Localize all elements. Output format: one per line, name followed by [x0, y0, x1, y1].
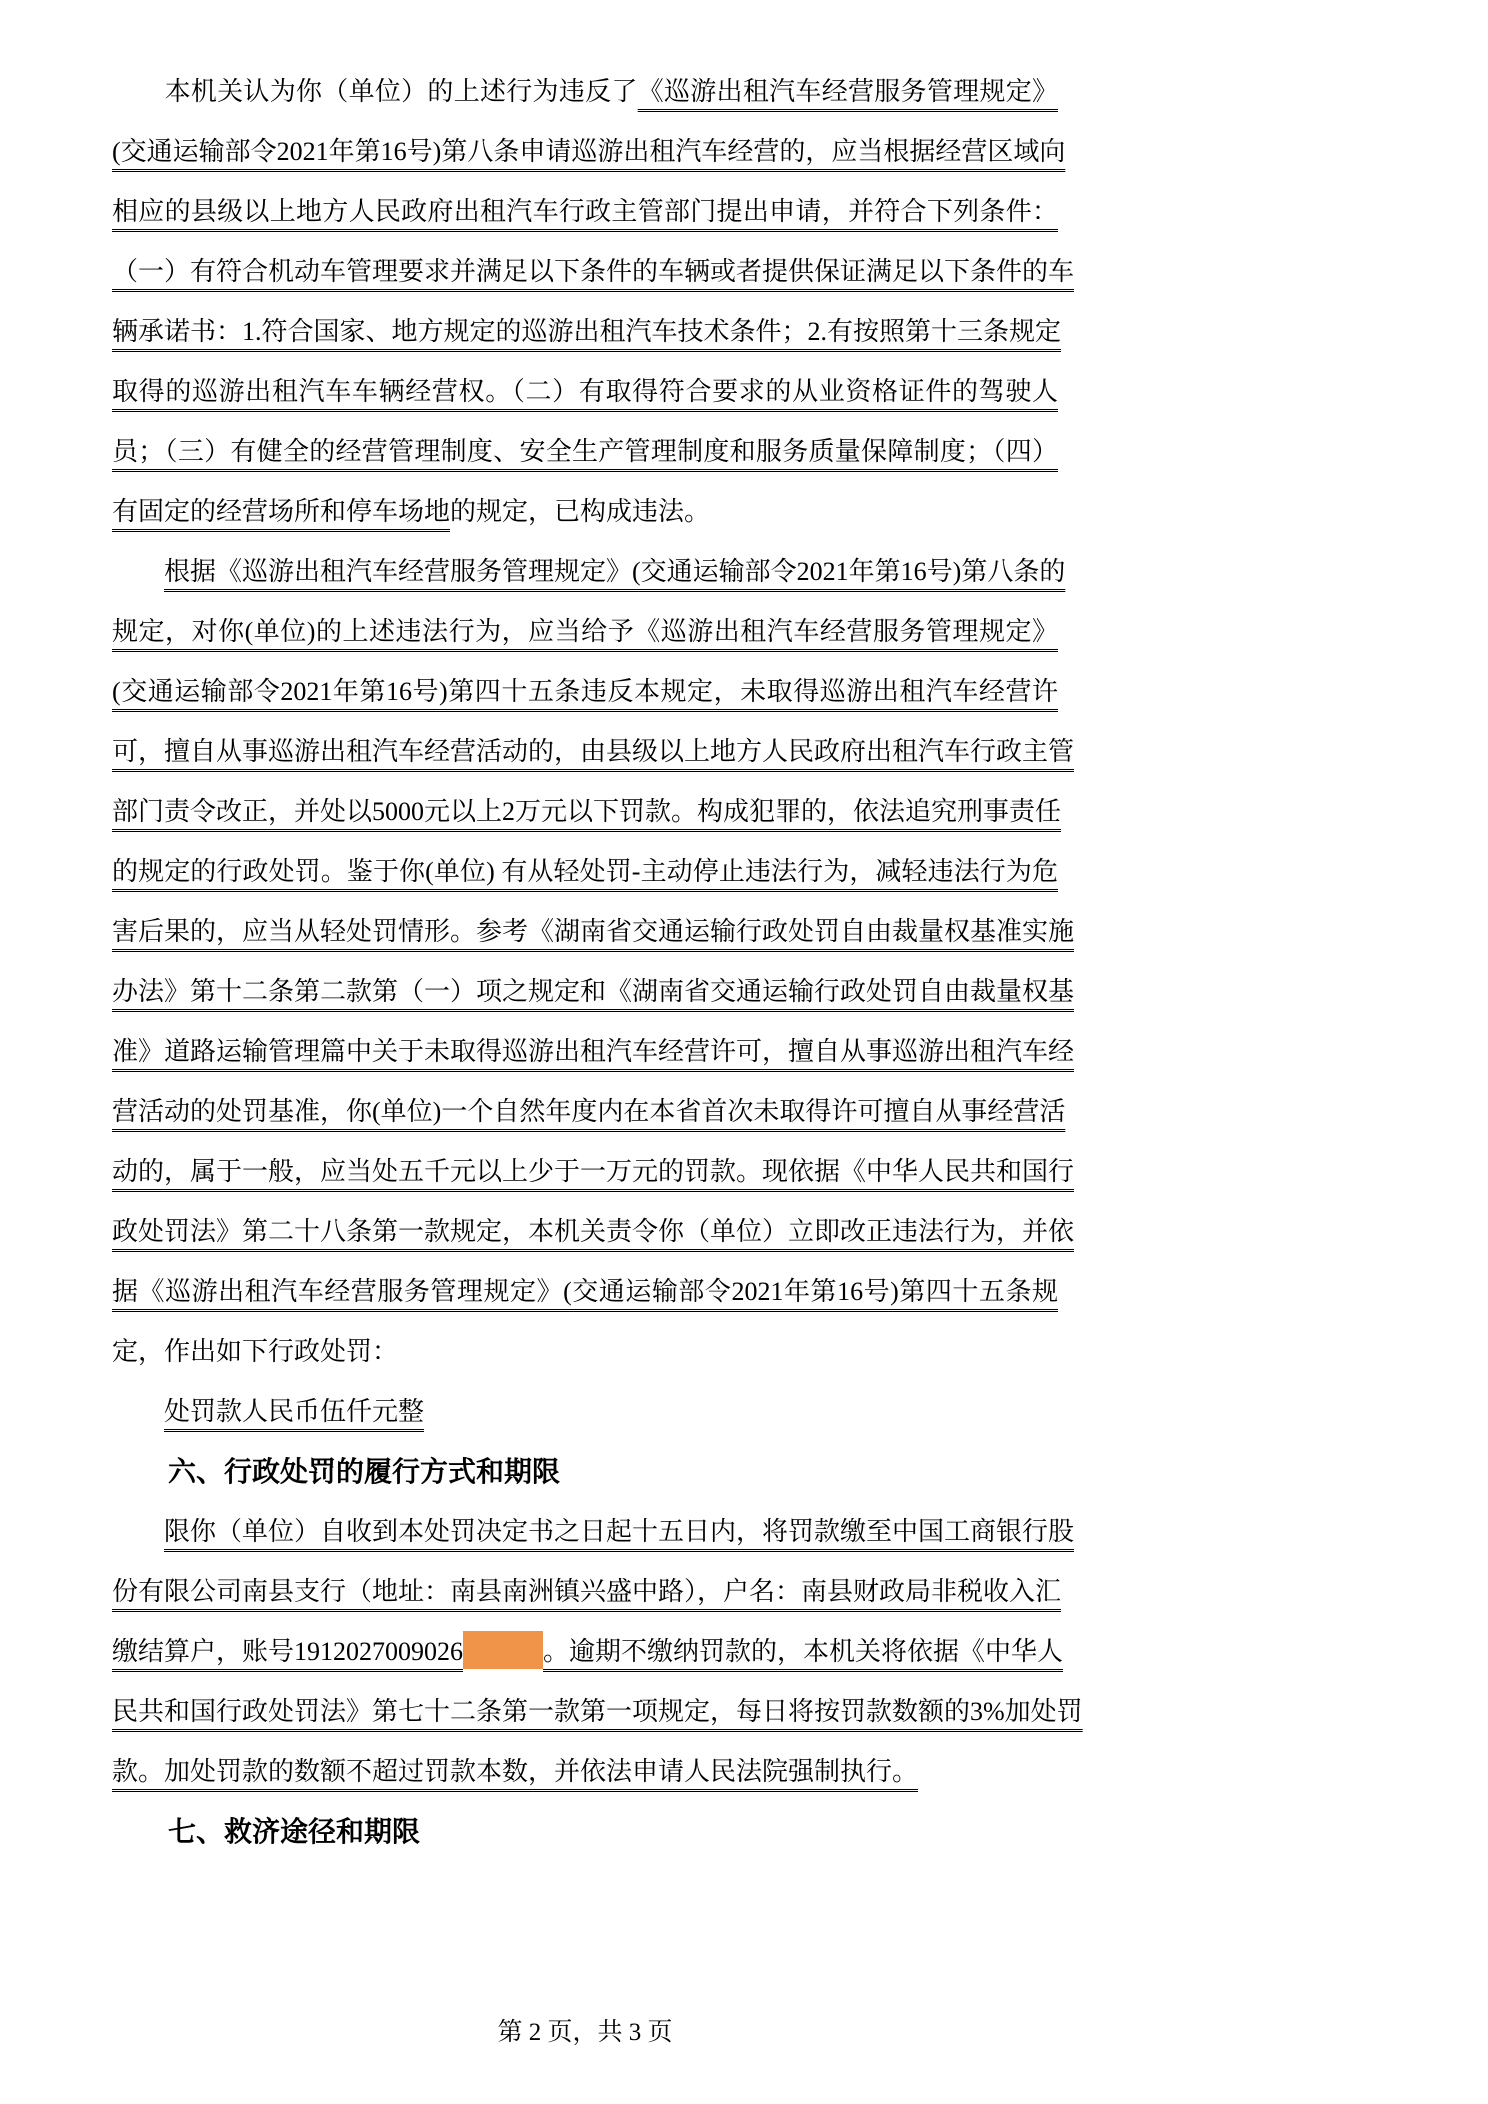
text-line: 取得的巡游出租汽车车辆经营权。（二）有取得符合要求的从业资格证件的驾驶人 [112, 362, 1058, 422]
text-line: 有固定的经营场所和停车场地的规定，已构成违法。 [112, 482, 1058, 542]
text-segment: 有固定的经营场所和停车场地 [112, 497, 450, 526]
text-segment: 款。加处罚款的数额不超过罚款本数，并依法申请人民法院强制执行。 [112, 1757, 918, 1786]
text-line: (交通运输部令2021年第16号)第八条申请巡游出租汽车经营的，应当根据经营区域… [112, 122, 1058, 182]
text-segment: 本机关认为你（单位）的上述行为违反了 [112, 77, 638, 106]
text-line: 害后果的，应当从轻处罚情形。参考《湖南省交通运输行政处罚自由裁量权基准实施 [112, 902, 1058, 962]
heading-section-6: 六、行政处罚的履行方式和期限 [112, 1442, 1058, 1502]
text-segment: 办法》第十二条第二款第（一）项之规定和《湖南省交通运输行政处罚自由裁量权基 [112, 977, 1074, 1006]
text-segment: 六、行政处罚的履行方式和期限 [112, 1456, 560, 1487]
document-body: 本机关认为你（单位）的上述行为违反了《巡游出租汽车经营服务管理规定》(交通运输部… [112, 62, 1058, 1862]
text-segment: 处罚款人民币伍仟元整 [164, 1397, 424, 1426]
text-segment: 的规定，已构成违法。 [450, 497, 710, 526]
text-line: 据《巡游出租汽车经营服务管理规定》(交通运输部令2021年第16号)第四十五条规 [112, 1262, 1058, 1322]
text-segment [112, 1517, 164, 1546]
text-line: 政处罚法》第二十八条第一款规定，本机关责令你（单位）立即改正违法行为，并依 [112, 1202, 1058, 1262]
text-segment: 准》道路运输管理篇中关于未取得巡游出租汽车经营许可，擅自从事巡游出租汽车经 [112, 1037, 1074, 1066]
text-line: 可，擅自从事巡游出租汽车经营活动的，由县级以上地方人民政府出租汽车行政主管 [112, 722, 1058, 782]
text-line: 部门责令改正，并处以5000元以上2万元以下罚款。构成犯罪的，依法追究刑事责任 [112, 782, 1058, 842]
text-line: 本机关认为你（单位）的上述行为违反了《巡游出租汽车经营服务管理规定》 [112, 62, 1058, 122]
text-segment: 部门责令改正，并处以5000元以上2万元以下罚款。构成犯罪的，依法追究刑事责任 [112, 797, 1061, 826]
text-line: 缴结算户，账号1912027009026。逾期不缴纳罚款的，本机关将依据《中华人 [112, 1622, 1058, 1682]
text-segment [112, 557, 164, 586]
text-line: 款。加处罚款的数额不超过罚款本数，并依法申请人民法院强制执行。 [112, 1742, 1058, 1802]
text-line: 定，作出如下行政处罚： [112, 1322, 1058, 1382]
page-number-footer: 第 2 页，共 3 页 [112, 2016, 1058, 2050]
text-segment: 七、救济途径和期限 [112, 1816, 420, 1847]
text-segment: 民共和国行政处罚法》第七十二条第一款第一项规定，每日将按罚款数额的3%加处罚 [112, 1697, 1083, 1726]
text-line: 相应的县级以上地方人民政府出租汽车行政主管部门提出申请，并符合下列条件： [112, 182, 1058, 242]
text-line: 限你（单位）自收到本处罚决定书之日起十五日内，将罚款缴至中国工商银行股 [112, 1502, 1058, 1562]
text-segment: 营活动的处罚基准，你(单位)一个自然年度内在本省首次未取得许可擅自从事经营活 [112, 1097, 1065, 1126]
text-line: 办法》第十二条第二款第（一）项之规定和《湖南省交通运输行政处罚自由裁量权基 [112, 962, 1058, 1022]
text-segment: 规定，对你(单位)的上述违法行为，应当给予《巡游出租汽车经营服务管理规定》 [112, 617, 1058, 646]
text-segment: （一）有符合机动车管理要求并满足以下条件的车辆或者提供保证满足以下条件的车 [112, 257, 1074, 286]
text-segment: 限你（单位）自收到本处罚决定书之日起十五日内，将罚款缴至中国工商银行股 [164, 1517, 1074, 1546]
text-line: 的规定的行政处罚。鉴于你(单位) 有从轻处罚-主动停止违法行为，减轻违法行为危 [112, 842, 1058, 902]
heading-section-7: 七、救济途径和期限 [112, 1802, 1058, 1862]
text-segment: 份有限公司南县支行（地址：南县南洲镇兴盛中路），户名：南县财政局非税收入汇 [112, 1577, 1061, 1606]
text-segment: (交通运输部令2021年第16号)第八条申请巡游出租汽车经营的，应当根据经营区域… [112, 137, 1065, 166]
text-line: 规定，对你(单位)的上述违法行为，应当给予《巡游出租汽车经营服务管理规定》 [112, 602, 1058, 662]
text-segment: 据《巡游出租汽车经营服务管理规定》(交通运输部令2021年第16号)第四十五条规 [112, 1277, 1058, 1306]
text-segment: 相应的县级以上地方人民政府出租汽车行政主管部门提出申请，并符合下列条件： [112, 197, 1058, 226]
text-line: 动的，属于一般，应当处五千元以上少于一万元的罚款。现依据《中华人民共和国行 [112, 1142, 1058, 1202]
text-line: 民共和国行政处罚法》第七十二条第一款第一项规定，每日将按罚款数额的3%加处罚 [112, 1682, 1058, 1742]
text-segment: 缴结算户，账号1912027009026 [112, 1637, 463, 1666]
text-segment: 的规定的行政处罚。鉴于你(单位) 有从轻处罚-主动停止违法行为，减轻违法行为危 [112, 857, 1058, 886]
text-line: 根据《巡游出租汽车经营服务管理规定》(交通运输部令2021年第16号)第八条的 [112, 542, 1058, 602]
text-segment: 根据《巡游出租汽车经营服务管理规定》(交通运输部令2021年第16号)第八条的 [164, 557, 1065, 586]
text-line: 员；（三）有健全的经营管理制度、安全生产管理制度和服务质量保障制度；（四） [112, 422, 1058, 482]
text-segment: 辆承诺书：1.符合国家、地方规定的巡游出租汽车技术条件；2.有按照第十三条规定 [112, 317, 1061, 346]
redaction-box [463, 1631, 543, 1669]
text-segment: (交通运输部令2021年第16号)第四十五条违反本规定，未取得巡游出租汽车经营许 [112, 677, 1058, 706]
text-segment: 《巡游出租汽车经营服务管理规定》 [638, 77, 1058, 106]
text-line: （一）有符合机动车管理要求并满足以下条件的车辆或者提供保证满足以下条件的车 [112, 242, 1058, 302]
text-segment: 取得的巡游出租汽车车辆经营权。（二）有取得符合要求的从业资格证件的驾驶人 [112, 377, 1058, 406]
text-segment [112, 1397, 164, 1426]
text-line: 辆承诺书：1.符合国家、地方规定的巡游出租汽车技术条件；2.有按照第十三条规定 [112, 302, 1058, 362]
text-segment: 员；（三）有健全的经营管理制度、安全生产管理制度和服务质量保障制度；（四） [112, 437, 1058, 466]
text-line: 准》道路运输管理篇中关于未取得巡游出租汽车经营许可，擅自从事巡游出租汽车经 [112, 1022, 1058, 1082]
text-line: 份有限公司南县支行（地址：南县南洲镇兴盛中路），户名：南县财政局非税收入汇 [112, 1562, 1058, 1622]
text-segment: 定，作出如下行政处罚： [112, 1337, 398, 1366]
text-segment: 。逾期不缴纳罚款的，本机关将依据《中华人 [543, 1637, 1063, 1666]
text-segment: 动的，属于一般，应当处五千元以上少于一万元的罚款。现依据《中华人民共和国行 [112, 1157, 1074, 1186]
text-line: (交通运输部令2021年第16号)第四十五条违反本规定，未取得巡游出租汽车经营许 [112, 662, 1058, 722]
text-line: 处罚款人民币伍仟元整 [112, 1382, 1058, 1442]
text-segment: 害后果的，应当从轻处罚情形。参考《湖南省交通运输行政处罚自由裁量权基准实施 [112, 917, 1074, 946]
text-line: 营活动的处罚基准，你(单位)一个自然年度内在本省首次未取得许可擅自从事经营活 [112, 1082, 1058, 1142]
text-segment: 可，擅自从事巡游出租汽车经营活动的，由县级以上地方人民政府出租汽车行政主管 [112, 737, 1074, 766]
text-segment: 政处罚法》第二十八条第一款规定，本机关责令你（单位）立即改正违法行为，并依 [112, 1217, 1074, 1246]
